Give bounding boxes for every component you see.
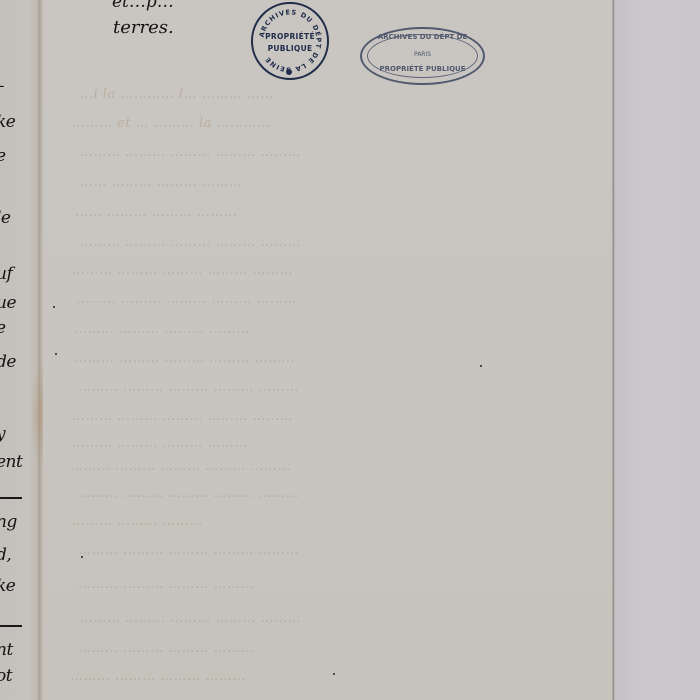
left-page-rule [0, 625, 22, 627]
left-page-fragment: ot [0, 666, 12, 686]
stamp-dot [286, 69, 292, 75]
bleed-line: ……… ……… ……… ……… ……… [70, 460, 540, 474]
manuscript-page [43, 0, 615, 700]
oval-archive-stamp: ARCHIVES DU DÉPT DE PARIS PROPRIÉTÉ PUBL… [360, 27, 485, 85]
top-fragment: terres. [113, 17, 174, 38]
ink-speck [55, 353, 57, 355]
page-edge [612, 0, 615, 700]
ink-speck [53, 306, 55, 308]
bleed-line: ……… ……… ……… ……… [78, 642, 528, 656]
left-page-fragment: de [0, 352, 16, 372]
top-fragment-above: et…p… [112, 0, 174, 12]
stamp-center-line-2: PUBLIQUE [253, 44, 327, 53]
left-page-fragment: y [0, 424, 5, 444]
left-page-fragment: e [0, 318, 6, 338]
left-page-fragment: d, [0, 545, 11, 565]
svg-text:ARCHIVES DU DÉPT DE LA SEINE: ARCHIVES DU DÉPT DE LA SEINE [258, 8, 324, 73]
bleed-line: ……… ……… ……… ……… ……… [74, 352, 554, 366]
bleed-line: …… ……… ……… ……… [75, 206, 535, 220]
bleed-line: ……… et … ……… la ………… [72, 117, 552, 131]
oval-middle-text: PARIS [362, 51, 483, 58]
oval-bottom-text: PROPRIÉTÉ PUBLIQUE [362, 65, 483, 73]
bleed-line: ……… ……… ……… ……… [72, 437, 542, 451]
bleed-line: ……… ……… ……… ……… ……… [80, 612, 500, 626]
left-page-fragment: uf [0, 264, 12, 284]
left-facing-page: – ke e le uf ue e de y ent ng d, ke nt o… [0, 0, 40, 700]
left-page-fragment: ue [0, 293, 16, 313]
bleed-line: ……… ……… ……… ……… ……… [78, 487, 378, 501]
ink-speck [333, 673, 335, 675]
bleed-line: ……… ……… ……… ……… [70, 670, 540, 684]
bleed-line: …… ……… ……… ……… [80, 176, 420, 190]
stamp-ring-text: ARCHIVES DU DÉPT DE LA SEINE [253, 4, 327, 78]
bleed-line: ……… ……… ……… ……… ……… [72, 264, 552, 278]
left-page-fragment: e [0, 146, 6, 166]
background-surface [612, 0, 700, 700]
bleed-line: ……… ……… ……… ……… ……… [80, 236, 550, 250]
bleed-line: ……… ……… ……… ……… ……… [76, 293, 546, 307]
ink-speck [480, 365, 482, 367]
ink-speck [81, 556, 83, 558]
bleed-line: …i la ………… l… ……… …… [80, 88, 520, 102]
left-page-rule [0, 497, 22, 499]
bleed-line: ……… ……… ……… ……… ……… [78, 544, 498, 558]
bleed-line: ……… ……… ……… ……… ……… [72, 410, 552, 424]
bleed-line: ……… ……… ……… ……… [74, 323, 544, 337]
left-page-fragment: le [0, 208, 11, 228]
bleed-line: ……… ……… ……… [72, 515, 532, 529]
left-page-fragment: ent [0, 452, 22, 472]
bleed-line: ……… ……… ……… ……… [78, 578, 548, 592]
stamp-center-line-1: PROPRIÉTÉ [253, 32, 327, 41]
bleed-line: ……… ……… ……… ……… ……… [78, 381, 548, 395]
left-page-mark: – [0, 76, 4, 96]
oval-top-text: ARCHIVES DU DÉPT DE [362, 33, 483, 41]
bleed-line: ……… ……… ……… ……… ……… [80, 146, 530, 160]
left-page-fragment: ke [0, 576, 15, 596]
left-page-fragment: nt [0, 640, 13, 660]
left-page-fragment: ke [0, 112, 15, 132]
round-archive-stamp: ARCHIVES DU DÉPT DE LA SEINE PROPRIÉTÉ P… [251, 2, 329, 80]
left-page-fragment: ng [0, 512, 17, 532]
